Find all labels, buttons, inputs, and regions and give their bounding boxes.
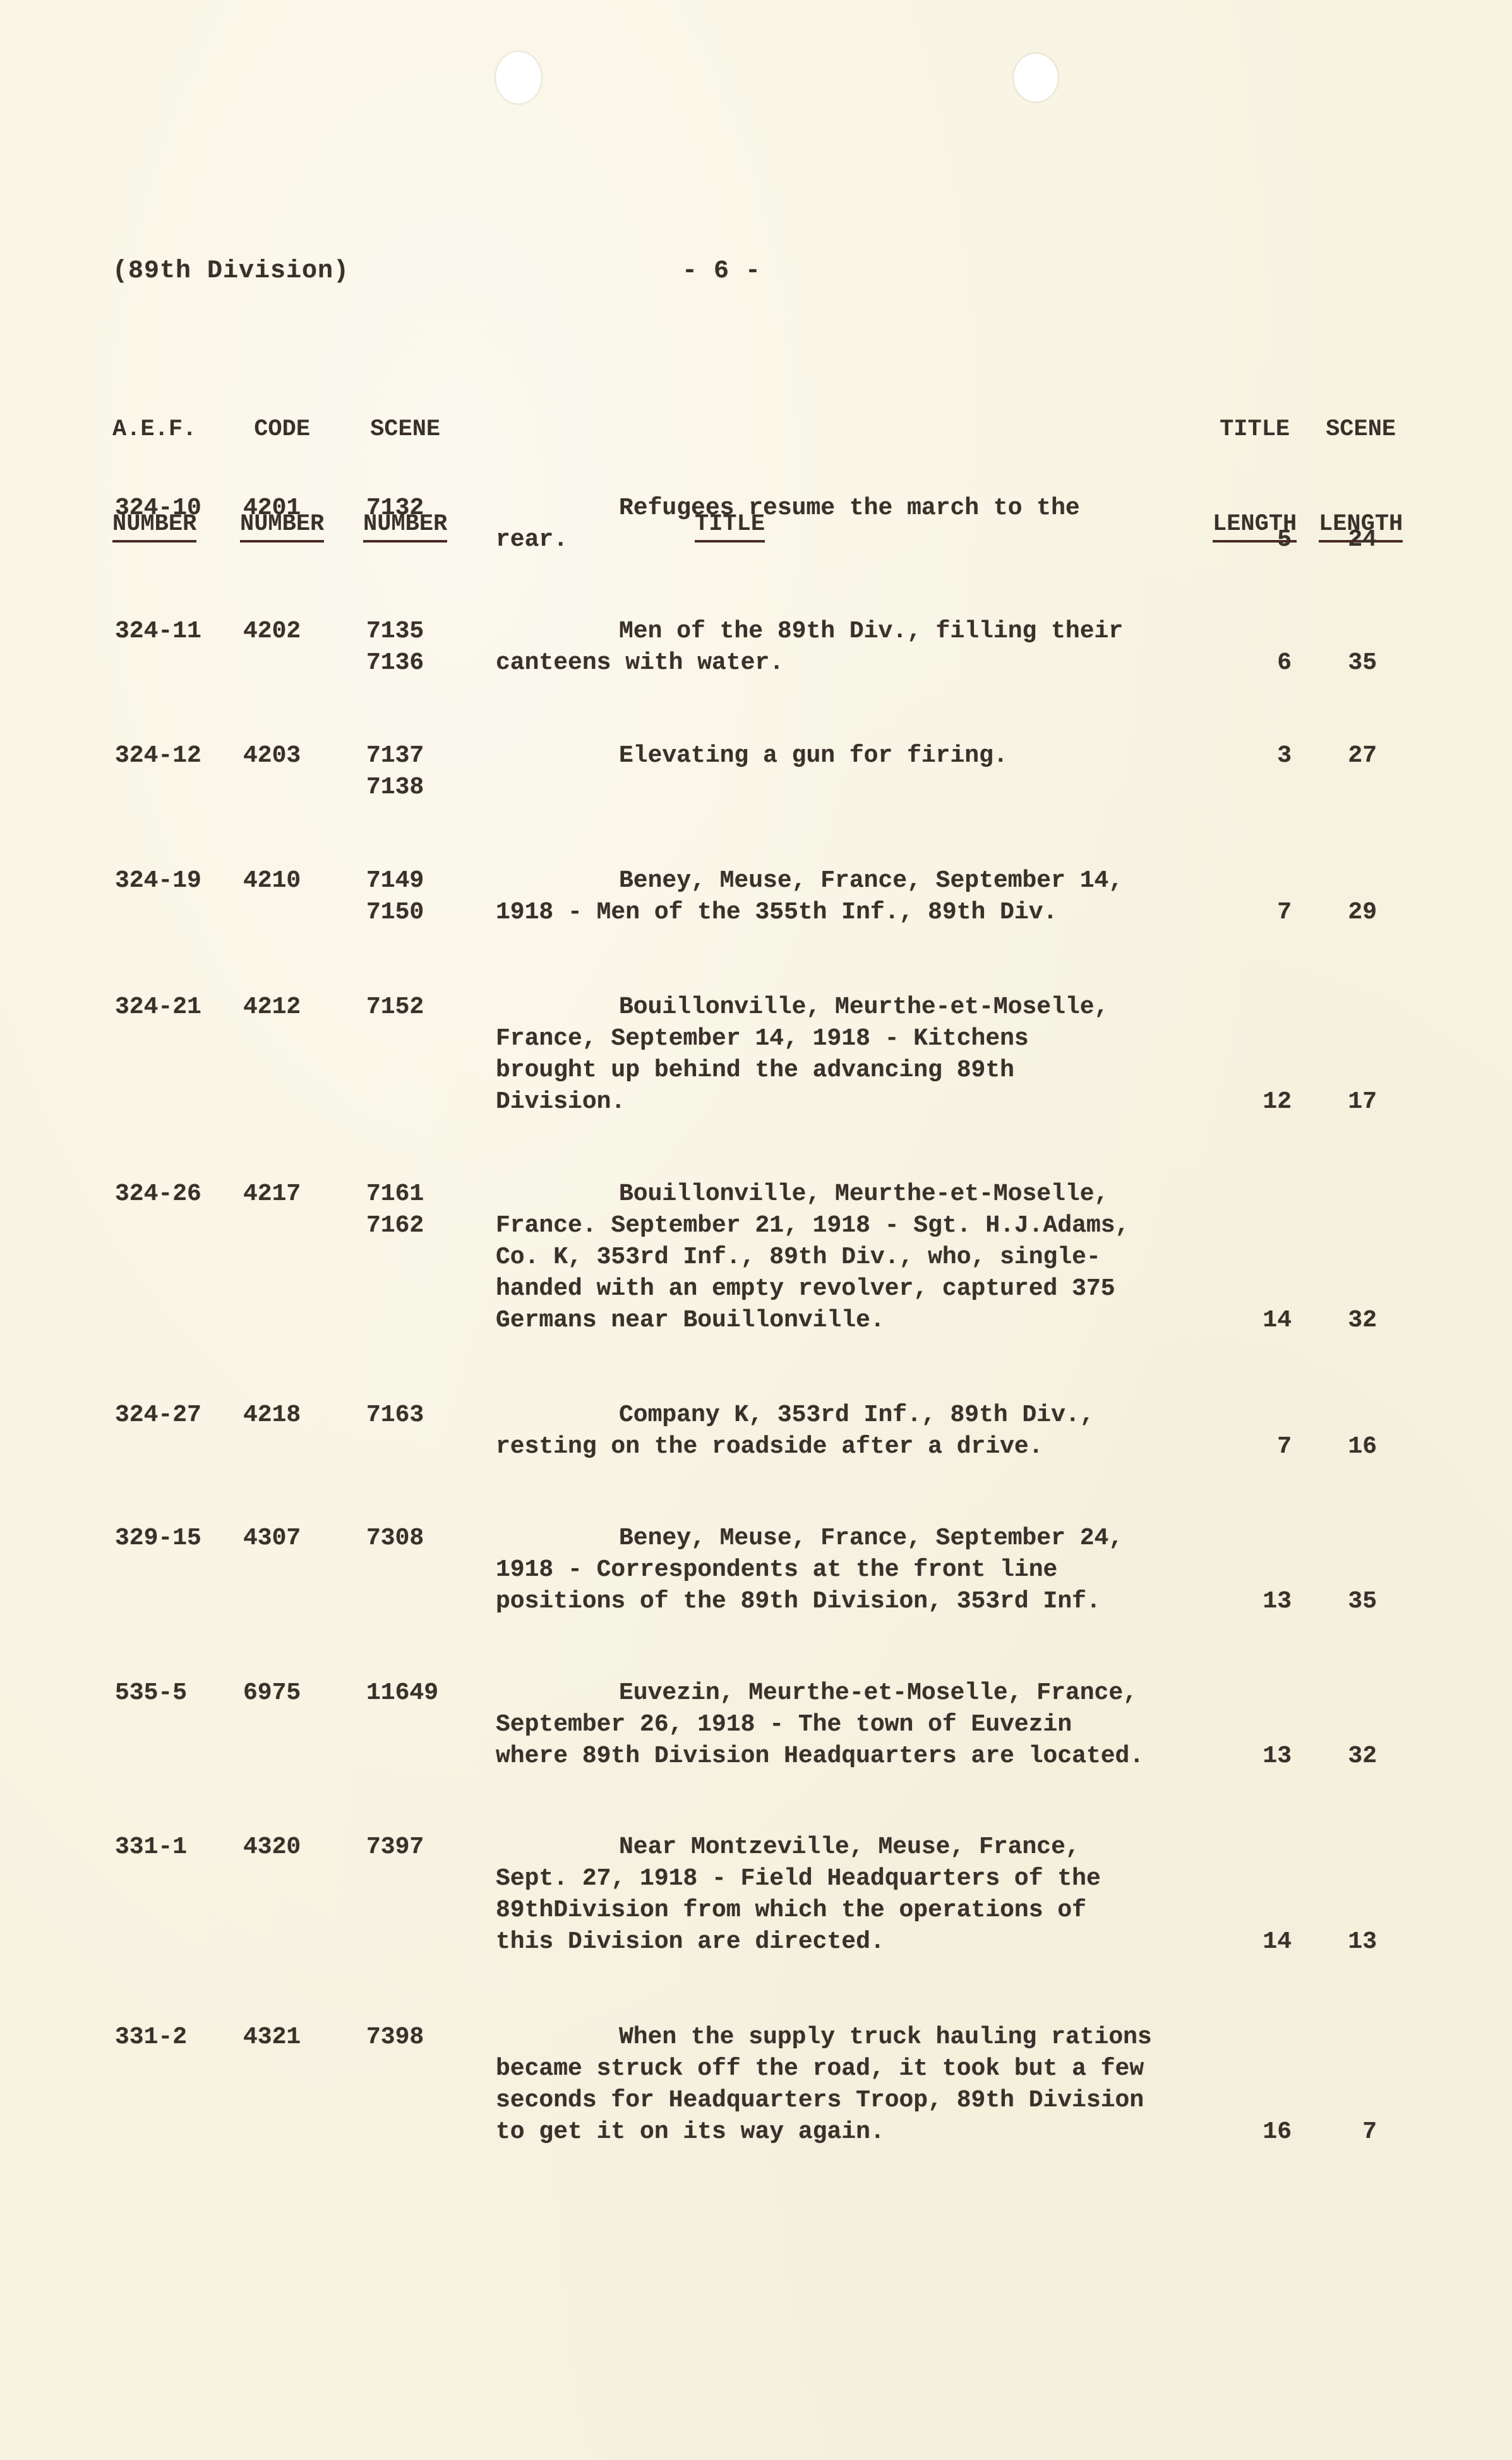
title-line: brought up behind the advancing 89th (496, 1055, 1228, 1086)
column-header-line1: SCENE (1319, 414, 1403, 445)
scene-length: 24 (1326, 524, 1377, 556)
column-header-line1: CODE (240, 414, 324, 445)
scene-numbers: 7308 (366, 1523, 424, 1554)
title-line: Men of the 89th Div., filling their (496, 616, 1228, 647)
title-length: 7 (1241, 1431, 1292, 1463)
scene-title: Beney, Meuse, France, September 14,1918 … (496, 865, 1228, 928)
scene-length: 35 (1326, 647, 1377, 679)
title-line: positions of the 89th Division, 353rd In… (496, 1586, 1228, 1617)
column-header-scene-number: SCENE NUMBER (363, 351, 447, 574)
code-number: 4307 (243, 1523, 301, 1554)
title-length: 13 (1241, 1741, 1292, 1772)
column-header-aef-number: A.E.F. NUMBER (112, 351, 196, 574)
aef-number: 324-11 (115, 616, 201, 647)
title-line: 89thDivision from which the operations o… (496, 1895, 1228, 1926)
title-line: resting on the roadside after a drive. (496, 1431, 1228, 1463)
scene-numbers: 7163 (366, 1400, 424, 1431)
scene-title: Refugees resume the march to therear. (496, 493, 1228, 556)
scene-length: 32 (1326, 1305, 1377, 1336)
title-line: Euvezin, Meurthe-et-Moselle, France, (496, 1677, 1228, 1709)
title-line: September 26, 1918 - The town of Euvezin (496, 1709, 1228, 1741)
division-label: (89th Division) (112, 256, 349, 287)
scene-numbers: 7135 7136 (366, 616, 424, 679)
scene-numbers: 7398 (366, 2022, 424, 2053)
scene-numbers: 7132 (366, 493, 424, 524)
scene-length: 13 (1326, 1926, 1377, 1958)
code-number: 4320 (243, 1832, 301, 1863)
code-number: 4202 (243, 616, 301, 647)
scene-title: Elevating a gun for firing. (496, 740, 1228, 772)
title-line: Division. (496, 1086, 1228, 1118)
title-length: 12 (1241, 1086, 1292, 1118)
scene-title: Men of the 89th Div., filling theircante… (496, 616, 1228, 679)
title-line: handed with an empty revolver, captured … (496, 1273, 1228, 1305)
code-number: 6975 (243, 1677, 301, 1709)
aef-number: 331-1 (115, 1832, 187, 1863)
scene-title: Bouillonville, Meurthe-et-Moselle,France… (496, 1179, 1228, 1336)
title-line: When the supply truck hauling rations (496, 2022, 1228, 2053)
scene-length: 35 (1326, 1586, 1377, 1617)
title-line: Beney, Meuse, France, September 14, (496, 865, 1228, 897)
title-length: 6 (1241, 647, 1292, 679)
punch-hole-right (1014, 54, 1058, 102)
title-line: Company K, 353rd Inf., 89th Div., (496, 1400, 1228, 1431)
code-number: 4203 (243, 740, 301, 772)
scene-numbers: 7161 7162 (366, 1179, 424, 1242)
scene-numbers: 7137 7138 (366, 740, 424, 803)
scene-length: 17 (1326, 1086, 1377, 1118)
column-header-line1 (695, 414, 765, 445)
title-line: Bouillonville, Meurthe-et-Moselle, (496, 992, 1228, 1023)
aef-number: 324-26 (115, 1179, 201, 1210)
code-number: 4201 (243, 493, 301, 524)
title-length: 3 (1241, 740, 1292, 772)
scene-title: Euvezin, Meurthe-et-Moselle, France,Sept… (496, 1677, 1228, 1772)
title-line: Elevating a gun for firing. (496, 740, 1228, 772)
scene-title: Company K, 353rd Inf., 89th Div.,resting… (496, 1400, 1228, 1463)
title-line: Bouillonville, Meurthe-et-Moselle, (496, 1179, 1228, 1210)
title-line: Co. K, 353rd Inf., 89th Div., who, singl… (496, 1242, 1228, 1273)
scene-length: 29 (1326, 897, 1377, 928)
aef-number: 324-27 (115, 1400, 201, 1431)
aef-number: 324-21 (115, 992, 201, 1023)
title-line: Germans near Bouillonville. (496, 1305, 1228, 1336)
title-line: this Division are directed. (496, 1926, 1228, 1958)
title-line: France. September 21, 1918 - Sgt. H.J.Ad… (496, 1210, 1228, 1242)
scene-title: Bouillonville, Meurthe-et-Moselle,France… (496, 992, 1228, 1118)
scene-length: 16 (1326, 1431, 1377, 1463)
aef-number: 331-2 (115, 2022, 187, 2053)
code-number: 4218 (243, 1400, 301, 1431)
punch-hole-left (496, 52, 541, 104)
column-header-line1: SCENE (363, 414, 447, 445)
title-length: 7 (1241, 897, 1292, 928)
title-length: 14 (1241, 1305, 1292, 1336)
aef-number: 324-12 (115, 740, 201, 772)
column-header-code-number: CODE NUMBER (240, 351, 324, 574)
page-number: - 6 - (682, 256, 761, 287)
aef-number: 329-15 (115, 1523, 201, 1554)
title-length: 13 (1241, 1586, 1292, 1617)
aef-number: 324-19 (115, 865, 201, 897)
aef-number: 324-10 (115, 493, 201, 524)
title-line: where 89th Division Headquarters are loc… (496, 1741, 1228, 1772)
column-header-line1: TITLE (1213, 414, 1297, 445)
title-line: 1918 - Men of the 355th Inf., 89th Div. (496, 897, 1228, 928)
scene-title: When the supply truck hauling rationsbec… (496, 2022, 1228, 2148)
scene-length: 27 (1326, 740, 1377, 772)
scene-length: 32 (1326, 1741, 1377, 1772)
scene-title: Near Montzeville, Meuse, France,Sept. 27… (496, 1832, 1228, 1958)
scene-numbers: 7149 7150 (366, 865, 424, 928)
scene-numbers: 7397 (366, 1832, 424, 1863)
scene-length: 7 (1326, 2116, 1377, 2148)
scene-numbers: 11649 (366, 1677, 438, 1709)
title-length: 16 (1241, 2116, 1292, 2148)
title-line: to get it on its way again. (496, 2116, 1228, 2148)
code-number: 4321 (243, 2022, 301, 2053)
aef-number: 535-5 (115, 1677, 187, 1709)
title-length: 5 (1241, 524, 1292, 556)
column-header-line1: A.E.F. (112, 414, 196, 445)
code-number: 4212 (243, 992, 301, 1023)
title-line: Near Montzeville, Meuse, France, (496, 1832, 1228, 1863)
title-length: 14 (1241, 1926, 1292, 1958)
title-line: Beney, Meuse, France, September 24, (496, 1523, 1228, 1554)
title-line: became struck off the road, it took but … (496, 2053, 1228, 2085)
title-line: 1918 - Correspondents at the front line (496, 1554, 1228, 1586)
scene-title: Beney, Meuse, France, September 24,1918 … (496, 1523, 1228, 1617)
title-line: canteens with water. (496, 647, 1228, 679)
scene-numbers: 7152 (366, 992, 424, 1023)
title-line: Sept. 27, 1918 - Field Headquarters of t… (496, 1863, 1228, 1895)
title-line: Refugees resume the march to the (496, 493, 1228, 524)
code-number: 4217 (243, 1179, 301, 1210)
code-number: 4210 (243, 865, 301, 897)
title-line: rear. (496, 524, 1228, 556)
title-line: France, September 14, 1918 - Kitchens (496, 1023, 1228, 1055)
title-line: seconds for Headquarters Troop, 89th Div… (496, 2085, 1228, 2116)
